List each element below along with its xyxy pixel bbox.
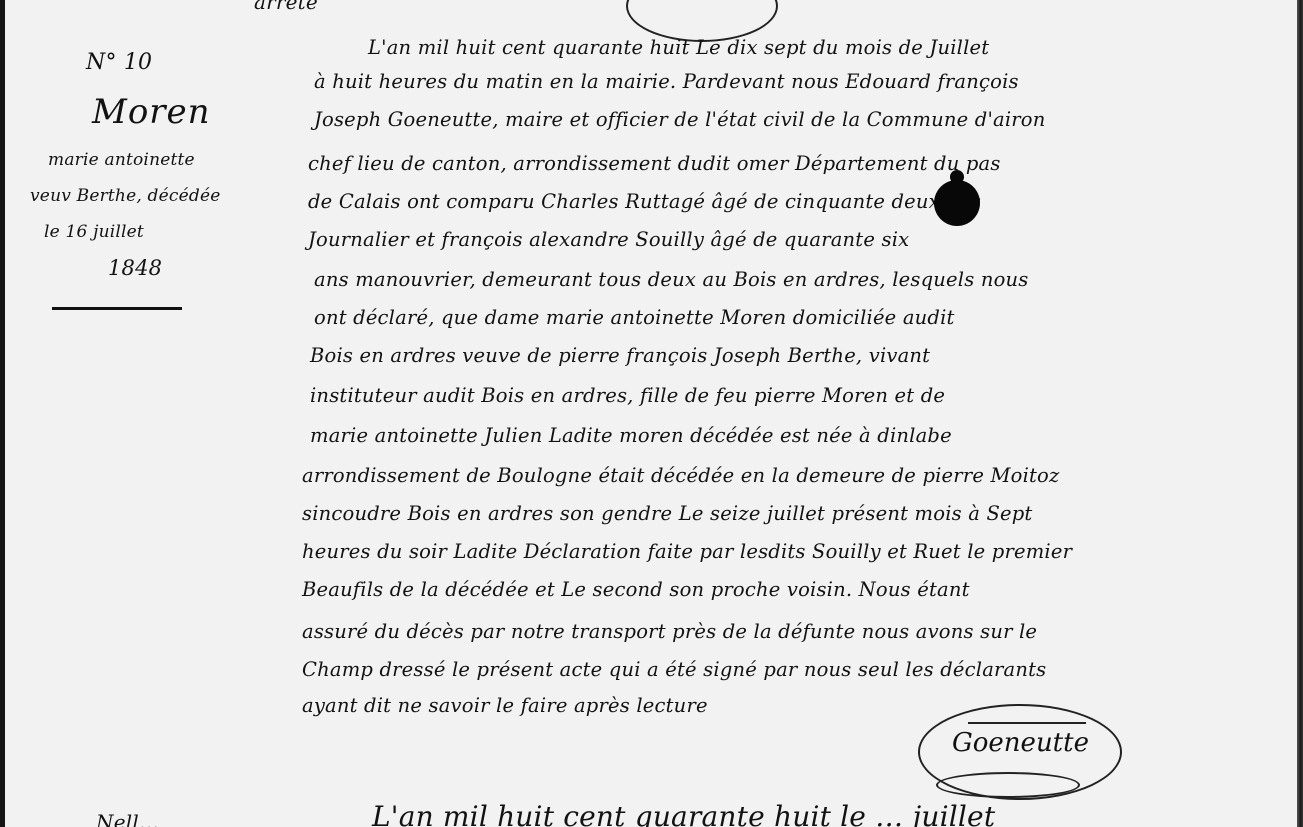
margin-year: 1848 xyxy=(108,256,162,280)
ink-blot xyxy=(934,180,980,226)
body-line: à huit heures du matin en la mairie. Par… xyxy=(314,70,1019,93)
signature-underline xyxy=(968,722,1086,724)
body-line: Joseph Goeneutte, maire et officier de l… xyxy=(314,108,1046,131)
scan-border-right xyxy=(1297,0,1303,827)
scanned-document-page: arrêté N° 10 Moren marie antoinette veuv… xyxy=(0,0,1303,827)
next-record-margin-fragment: Nell… xyxy=(96,810,159,827)
body-line: chef lieu de canton, arrondissement dudi… xyxy=(308,152,1001,175)
body-line: assuré du décès par notre transport près… xyxy=(302,620,1037,643)
body-line: de Calais ont comparu Charles Ruttagé âg… xyxy=(308,190,981,213)
body-line: Champ dressé le présent acte qui a été s… xyxy=(302,658,1046,681)
body-line: L'an mil huit cent quarante huit Le dix … xyxy=(368,36,989,59)
body-line: Beaufils de la décédée et Le second son … xyxy=(302,578,970,601)
margin-line: le 16 juillet xyxy=(44,222,144,242)
body-line: Bois en ardres veuve de pierre françois … xyxy=(310,344,930,367)
scan-border-left xyxy=(0,0,5,827)
body-line: ont déclaré, que dame marie antoinette M… xyxy=(314,306,955,329)
body-line: heures du soir Ladite Déclaration faite … xyxy=(302,540,1072,563)
margin-line: veuv Berthe, décédée xyxy=(30,186,220,206)
top-fragment-text: arrêté xyxy=(254,0,318,14)
body-line: marie antoinette Julien Ladite moren déc… xyxy=(310,424,952,447)
body-line: Journalier et françois alexandre Souilly… xyxy=(308,228,909,251)
margin-surname: Moren xyxy=(92,92,211,132)
next-record-first-line: L'an mil huit cent quarante huit le … ju… xyxy=(372,800,995,827)
body-line: ayant dit ne savoir le faire après lectu… xyxy=(302,694,708,717)
margin-line: marie antoinette xyxy=(48,150,195,170)
body-line: instituteur audit Bois en ardres, fille … xyxy=(310,384,945,407)
body-line: sincoudre Bois en ardres son gendre Le s… xyxy=(302,502,1032,525)
body-line: arrondissement de Boulogne était décédée… xyxy=(302,464,1059,487)
body-line: ans manouvrier, demeurant tous deux au B… xyxy=(314,268,1029,291)
signature-flourish xyxy=(936,772,1080,798)
mayor-signature: Goeneutte xyxy=(952,728,1089,758)
record-number: N° 10 xyxy=(86,50,152,75)
margin-divider xyxy=(52,307,182,310)
